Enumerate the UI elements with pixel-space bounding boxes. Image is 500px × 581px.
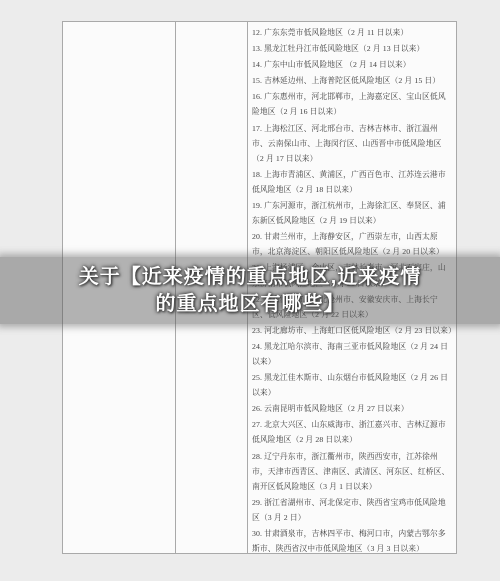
risk-area-list-item: 28. 辽宁丹东市，浙江衢州市，陕西西安市，江苏徐州市，天津市西青区、津南区、武… xyxy=(252,449,453,494)
risk-area-list-item: 22. 山东淄博市、河北沧州市、安徽安庆市、上海长宁区、低风险地区（2 月 22… xyxy=(252,292,453,322)
risk-area-list-item: 23. 河北廊坊市、上海虹口区低风险地区（2 月 23 日以来） xyxy=(252,323,453,338)
risk-area-list-item: 26. 云南昆明市低风险地区（2 月 27 日以来） xyxy=(252,401,453,416)
screenshot-root: 12. 广东东莞市低风险地区（2 月 11 日以来）13. 黑龙江牡丹江市低风险… xyxy=(0,0,500,581)
risk-area-list-item: 20. 甘肃兰州市，上海静安区，广西崇左市，山西太原市，北京海淀区、朝阳区低风险… xyxy=(252,229,453,259)
risk-area-list-item: 17. 上海松江区、河北邢台市、吉林吉林市、浙江温州市、云南保山市、上海闵行区、… xyxy=(252,121,453,166)
risk-area-list-item: 15. 吉林延边州、上海普陀区低风险地区（2 月 15 日） xyxy=(252,73,453,88)
table-cell-risk-list: 12. 广东东莞市低风险地区（2 月 11 日以来）13. 黑龙江牡丹江市低风险… xyxy=(248,22,456,553)
table-cell-middle-empty xyxy=(176,22,248,553)
risk-area-list-item: 30. 甘肃酒泉市，吉林四平市、梅河口市，内蒙古鄂尔多斯市、陕西省汉中市低风险地… xyxy=(252,526,453,553)
risk-area-list-item: 12. 广东东莞市低风险地区（2 月 11 日以来） xyxy=(252,25,453,40)
risk-area-list-item: 21. 上海杨浦区、金山区，吉林长春市，河北石家庄，山东济南市低风险地区（2 月… xyxy=(252,260,453,290)
risk-area-list-item: 14. 广东中山市低风险地区 （2 月 14 日以来） xyxy=(252,57,453,72)
risk-area-table: 12. 广东东莞市低风险地区（2 月 11 日以来）13. 黑龙江牡丹江市低风险… xyxy=(62,21,457,554)
risk-area-list-item: 25. 黑龙江佳木斯市、山东烟台市低风险地区（2 月 26 日以来） xyxy=(252,370,453,400)
risk-area-list-item: 16. 广东惠州市，河北邯郸市，上海嘉定区、宝山区低风险地区（2 月 16 日以… xyxy=(252,89,453,119)
risk-area-list-item: 27. 北京大兴区、山东威海市、浙江嘉兴市、吉林辽源市低风险地区（2 月 28 … xyxy=(252,417,453,447)
risk-area-list: 12. 广东东莞市低风险地区（2 月 11 日以来）13. 黑龙江牡丹江市低风险… xyxy=(252,25,453,553)
risk-area-list-item: 19. 广东河源市，浙江杭州市，上海徐汇区、奉贤区、浦东新区低风险地区（2 月 … xyxy=(252,198,453,228)
risk-area-list-item: 18. 上海市青浦区、黄浦区，广西百色市、江苏连云港市低风险地区（2 月 18 … xyxy=(252,167,453,197)
risk-area-list-item: 29. 浙江省湖州市、河北保定市、陕西省宝鸡市低风险地区（3 月 2 日） xyxy=(252,495,453,525)
risk-area-list-item: 13. 黑龙江牡丹江市低风险地区（2 月 13 日以来） xyxy=(252,41,453,56)
table-cell-left-empty xyxy=(63,22,176,553)
risk-area-list-item: 24. 黑龙江哈尔滨市、海南三亚市低风险地区（2 月 24 日以来） xyxy=(252,339,453,369)
page: { "colors": { "page_background": "#ecece… xyxy=(0,0,500,581)
